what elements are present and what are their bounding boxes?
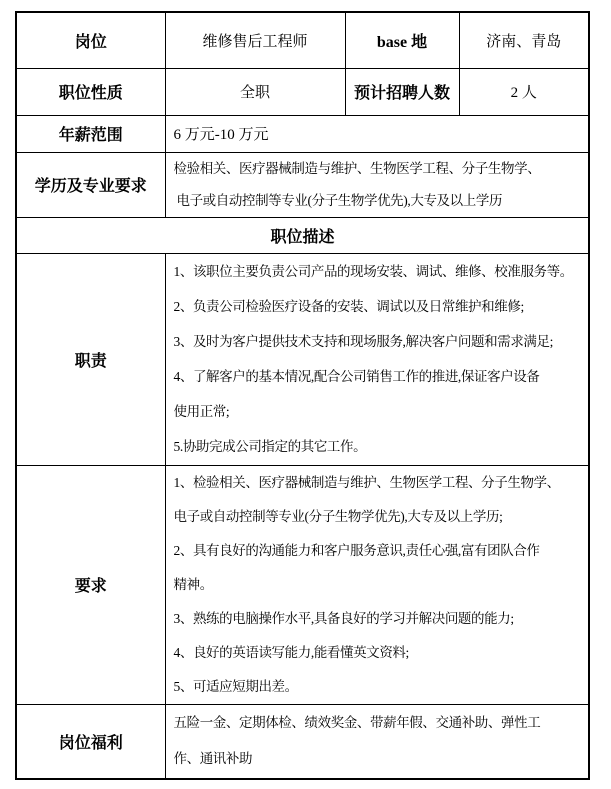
row-education: 学历及专业要求 检验相关、医疗器械制造与维护、生物医学工程、分子生物学、 电子或… xyxy=(16,152,589,217)
requirement-item: 4、良好的英语读写能力,能看懂英文资料; xyxy=(174,636,581,670)
job-type-label: 职位性质 xyxy=(16,68,165,115)
requirements-value: 1、检验相关、医疗器械制造与维护、生物医学工程、分子生物学、 电子或自动控制等专… xyxy=(165,465,589,704)
base-location-label: base 地 xyxy=(345,12,459,68)
duty-item: 3、及时为客户提供技术支持和现场服务,解决客户问题和需求满足; xyxy=(174,324,581,359)
headcount-label: 预计招聘人数 xyxy=(345,68,459,115)
base-location-value: 济南、青岛 xyxy=(459,12,589,68)
requirement-item: 3、熟练的电脑操作水平,具备良好的学习并解决问题的能力; xyxy=(174,602,581,636)
row-duties: 职责 1、该职位主要负责公司产品的现场安装、调试、维修、校准服务等。 2、负责公… xyxy=(16,253,589,465)
duty-item: 1、该职位主要负责公司产品的现场安装、调试、维修、校准服务等。 xyxy=(174,254,581,289)
education-label: 学历及专业要求 xyxy=(16,152,165,217)
requirement-item: 5、可适应短期出差。 xyxy=(174,670,581,704)
job-type-value: 全职 xyxy=(165,68,345,115)
position-label: 岗位 xyxy=(16,12,165,68)
row-position: 岗位 维修售后工程师 base 地 济南、青岛 xyxy=(16,12,589,68)
row-job-type: 职位性质 全职 预计招聘人数 2 人 xyxy=(16,68,589,115)
salary-value: 6 万元-10 万元 xyxy=(165,115,589,152)
requirement-item: 1、检验相关、医疗器械制造与维护、生物医学工程、分子生物学、 电子或自动控制等专… xyxy=(174,466,581,534)
welfare-value: 五险一金、定期体检、绩效奖金、带薪年假、交通补助、弹性工 作、通讯补助 xyxy=(165,704,589,779)
salary-label: 年薪范围 xyxy=(16,115,165,152)
requirement-item: 2、具有良好的沟通能力和客户服务意识,责任心强,富有团队合作 精神。 xyxy=(174,534,581,602)
welfare-label: 岗位福利 xyxy=(16,704,165,779)
duty-item: 5.协助完成公司指定的其它工作。 xyxy=(174,429,581,464)
education-text: 检验相关、医疗器械制造与维护、生物医学工程、分子生物学、 电子或自动控制等专业(… xyxy=(174,153,581,217)
row-welfare: 岗位福利 五险一金、定期体检、绩效奖金、带薪年假、交通补助、弹性工 作、通讯补助 xyxy=(16,704,589,779)
row-requirements: 要求 1、检验相关、医疗器械制造与维护、生物医学工程、分子生物学、 电子或自动控… xyxy=(16,465,589,704)
row-salary: 年薪范围 6 万元-10 万元 xyxy=(16,115,589,152)
duty-item: 4、了解客户的基本情况,配合公司销售工作的推进,保证客户设备 使用正常; xyxy=(174,359,581,429)
job-description-table: 岗位 维修售后工程师 base 地 济南、青岛 职位性质 全职 预计招聘人数 2… xyxy=(15,11,590,780)
duties-label: 职责 xyxy=(16,253,165,465)
requirements-label: 要求 xyxy=(16,465,165,704)
headcount-value: 2 人 xyxy=(459,68,589,115)
duties-value: 1、该职位主要负责公司产品的现场安装、调试、维修、校准服务等。 2、负责公司检验… xyxy=(165,253,589,465)
row-section-header: 职位描述 xyxy=(16,217,589,253)
position-value: 维修售后工程师 xyxy=(165,12,345,68)
education-value: 检验相关、医疗器械制造与维护、生物医学工程、分子生物学、 电子或自动控制等专业(… xyxy=(165,152,589,217)
duty-item: 2、负责公司检验医疗设备的安装、调试以及日常维护和维修; xyxy=(174,289,581,324)
section-header-job-description: 职位描述 xyxy=(16,217,589,253)
welfare-text: 五险一金、定期体检、绩效奖金、带薪年假、交通补助、弹性工 作、通讯补助 xyxy=(174,705,581,777)
